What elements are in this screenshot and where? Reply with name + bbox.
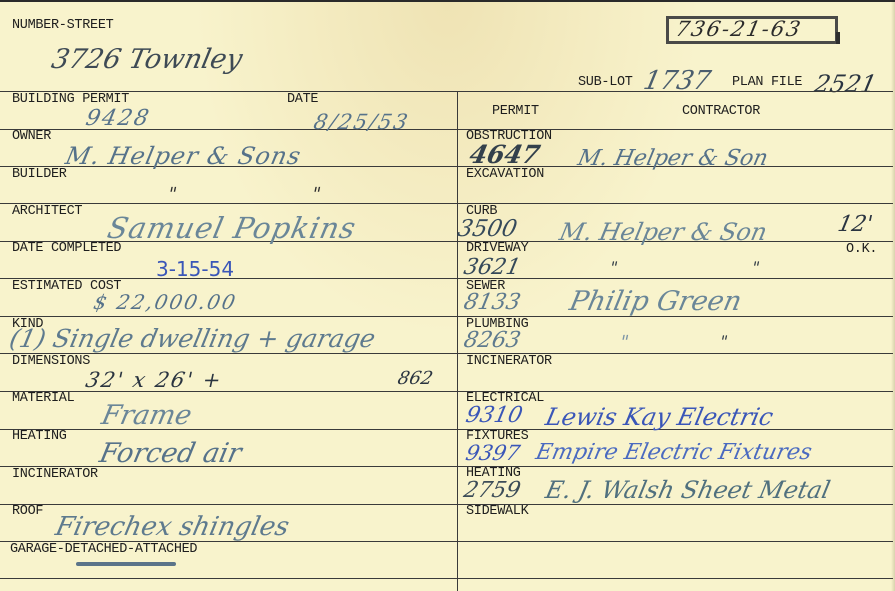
dimensions-extra: 862 [396, 370, 434, 388]
sub-lot-label: SUB-LOT [578, 76, 633, 90]
electrical-permit: 9310 [464, 405, 525, 427]
builder-ditto-2: " [310, 186, 322, 204]
sewer-contractor: Philip Green [567, 288, 744, 315]
architect-label: ARCHITECT [12, 205, 82, 219]
roof-label: ROOF [12, 505, 43, 519]
rule [0, 203, 893, 204]
excavation-label: EXCAVATION [466, 168, 544, 182]
plumbing-ditto-2: " [718, 334, 729, 350]
obstruction-contractor: M. Helper & Son [576, 148, 770, 170]
plan-file-label: PLAN FILE [732, 76, 802, 90]
stamp-tick [836, 32, 840, 44]
owner-value: M. Helper & Sons [63, 144, 303, 168]
owner-label: OWNER [12, 130, 51, 144]
kind-value: (1) Single dwelling + garage [7, 326, 377, 351]
incinerator-label-right: INCINERATOR [466, 355, 552, 369]
sidewalk-label: SIDEWALK [466, 505, 528, 519]
permit-column-header: PERMIT [492, 105, 539, 119]
building-permit-value: 9428 [84, 108, 153, 130]
sewer-permit: 8133 [462, 292, 523, 314]
number-street-value: 3726 Townley [49, 46, 245, 73]
material-label: MATERIAL [12, 392, 74, 406]
rule [0, 316, 893, 317]
rule [0, 578, 893, 579]
plumbing-ditto-1: " [618, 334, 630, 352]
building-permit-label: BUILDING PERMIT [12, 93, 129, 107]
builder-label: BUILDER [12, 168, 67, 182]
driveway-ditto-1: " [608, 260, 619, 276]
curb-note: 12' [836, 214, 875, 236]
driveway-permit: 3621 [462, 257, 523, 279]
garage-label: GARAGE-DETACHED-ATTACHED [10, 543, 197, 557]
heating-label: HEATING [12, 430, 67, 444]
electrical-contractor: Lewis Kay Electric [543, 405, 775, 429]
rule [0, 278, 893, 279]
curb-contractor: M. Helper & Son [557, 220, 769, 244]
heating-permit: 2759 [462, 480, 523, 502]
driveway-ditto-2: " [750, 260, 761, 276]
curb-permit: 3500 [456, 218, 519, 241]
driveway-label: DRIVEWAY [466, 242, 528, 256]
rule [0, 91, 893, 92]
dimensions-value: 32' x 26' + [84, 370, 225, 391]
plan-file-value: 2521 [812, 72, 878, 96]
card-edge-shadow [891, 2, 895, 591]
material-value: Frame [99, 402, 194, 429]
fixtures-contractor: Empire Electric Fixtures [534, 442, 814, 464]
rule [0, 353, 893, 354]
dimensions-label: DIMENSIONS [12, 355, 90, 369]
date-completed-label: DATE COMPLETED [12, 242, 121, 256]
driveway-note: O.K. [846, 243, 877, 257]
garage-detached-underline [76, 562, 176, 566]
heating-value: Forced air [97, 440, 244, 467]
date-completed-value: 3-15-54 [156, 259, 234, 279]
heating-contractor: E. J. Walsh Sheet Metal [543, 478, 832, 502]
column-divider [457, 91, 458, 591]
stamp-number: 736-21-63 [674, 19, 804, 40]
obstruction-permit: 4647 [467, 142, 542, 167]
builder-ditto-1: " [166, 186, 178, 204]
roof-value: Firechex shingles [53, 514, 291, 540]
permit-card: NUMBER-STREET 3726 Townley 736-21-63 SUB… [0, 0, 895, 591]
number-street-label: NUMBER-STREET [12, 19, 113, 33]
date-label: DATE [287, 93, 318, 107]
rule [0, 504, 893, 505]
contractor-column-header: CONTRACTOR [682, 105, 760, 119]
estimated-cost-value: $ 22,000.00 [92, 292, 239, 312]
architect-value: Samuel Popkins [105, 214, 359, 243]
plumbing-permit: 8263 [462, 330, 523, 352]
fixtures-permit: 9397 [464, 443, 522, 464]
incinerator-label-left: INCINERATOR [12, 468, 98, 482]
date-value: 8/25/53 [312, 112, 411, 133]
